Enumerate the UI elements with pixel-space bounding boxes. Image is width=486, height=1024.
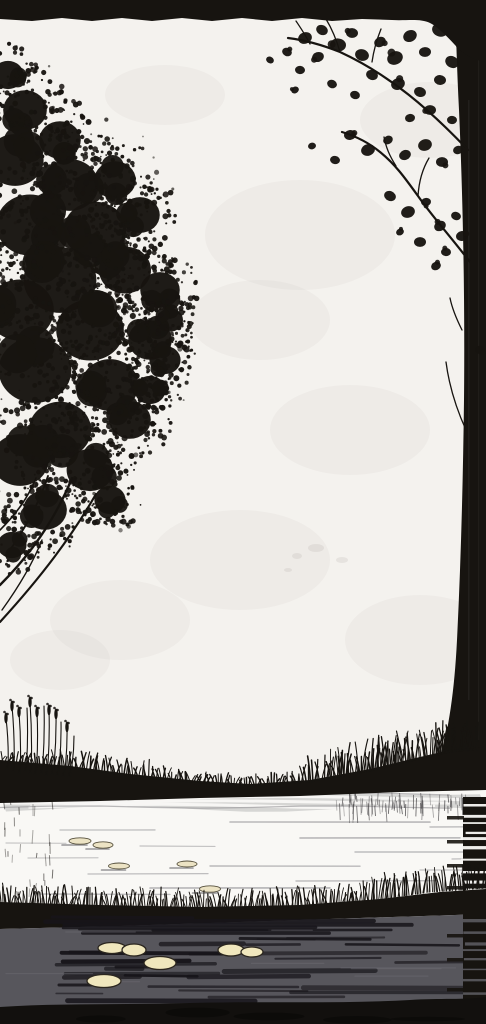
canopy-stray-speckle [52, 213, 54, 215]
right-tree-leaf-satellite [382, 40, 388, 46]
canopy-speckle [126, 227, 131, 232]
canopy-speckle [112, 481, 118, 487]
canopy-speckle [13, 85, 15, 87]
band-grass-blade [88, 887, 89, 905]
canopy-speckle [57, 452, 62, 457]
illustration-canvas [0, 0, 486, 1024]
canopy-speckle [3, 312, 5, 314]
canopy-speckle [20, 526, 24, 530]
canopy-stray-speckle [112, 137, 114, 139]
canopy-speckle [97, 359, 99, 361]
canopy-speckle [72, 390, 76, 394]
canopy-speckle [181, 281, 183, 283]
canopy-speckle [121, 190, 125, 194]
canopy-speckle [142, 291, 147, 296]
canopy-stray-speckle [71, 522, 73, 524]
canopy-speckle [106, 275, 110, 279]
canopy-stray-speckle [177, 346, 182, 351]
canopy-speckle [130, 176, 135, 181]
canopy-speckle [152, 433, 155, 436]
canopy-stray-speckle [99, 348, 102, 351]
canopy-speckle [96, 423, 99, 426]
canopy-stray-speckle [53, 92, 55, 94]
canopy-speckle [143, 438, 147, 442]
right-tree-leaf-satellite [481, 350, 486, 355]
canopy-speckle [107, 142, 111, 146]
canopy-speckle [82, 187, 85, 190]
canopy-stray-speckle [76, 177, 80, 181]
canopy-speckle [85, 233, 88, 236]
canopy-speckle [142, 184, 147, 189]
canopy-speckle [41, 70, 46, 75]
canopy-speckle [45, 310, 48, 313]
canopy-speckle [142, 413, 148, 419]
canopy-speckle [92, 407, 97, 412]
canopy-stray-speckle [120, 258, 123, 261]
canopy-speckle [149, 375, 155, 381]
canopy-speckle [28, 304, 33, 309]
trunk-reflection-slit [461, 815, 486, 818]
reed-reflection-stroke [29, 888, 30, 897]
canopy-speckle [93, 284, 97, 288]
canopy-speckle [30, 244, 36, 250]
canopy-speckle [74, 427, 78, 431]
canopy-speckle [30, 431, 33, 434]
canopy-speckle [151, 425, 153, 427]
canopy-speckle [153, 406, 157, 410]
canopy-speckle [148, 437, 151, 440]
dark-water-streak [240, 938, 370, 939]
canopy-speckle [65, 185, 69, 189]
canopy-speckle [143, 359, 145, 361]
canopy-speckle [140, 176, 142, 178]
texture-fleck [308, 544, 324, 552]
canopy-speckle [110, 284, 112, 286]
canopy-speckle [126, 241, 129, 244]
canopy-speckle [83, 265, 87, 269]
canopy-speckle [38, 321, 44, 327]
canopy-speckle [64, 181, 67, 184]
canopy-speckle [38, 478, 41, 481]
canopy-speckle [162, 235, 168, 241]
canopy-speckle [104, 340, 110, 346]
canopy-speckle [94, 356, 96, 358]
canopy-speckle [161, 442, 165, 446]
canopy-speckle [44, 123, 47, 126]
canopy-speckle [58, 134, 60, 136]
canopy-speckle [34, 406, 37, 409]
canopy-stray-speckle [113, 509, 118, 514]
canopy-speckle [56, 287, 61, 292]
canopy-speckle [3, 505, 7, 509]
canopy-speckle [66, 493, 70, 497]
canopy-speckle [163, 191, 169, 197]
right-tree-leaf-satellite [290, 87, 294, 91]
canopy-stray-speckle [133, 452, 138, 457]
bank-grass-blade [244, 778, 245, 786]
canopy-speckle [93, 162, 97, 166]
canopy-speckle [121, 448, 125, 452]
canopy-speckle [67, 179, 72, 184]
canopy-speckle [76, 147, 78, 149]
canopy-speckle [155, 316, 160, 321]
canopy-speckle [69, 545, 71, 547]
canopy-speckle [131, 231, 137, 237]
canopy-stray-speckle [116, 274, 121, 279]
canopy-speckle [142, 264, 147, 269]
canopy-speckle [125, 220, 127, 222]
canopy-speckle [116, 299, 121, 304]
canopy-stray-speckle [46, 446, 49, 449]
canopy-speckle [27, 534, 30, 537]
canopy-speckle [38, 333, 40, 335]
canopy-speckle [144, 192, 148, 196]
canopy-speckle [127, 487, 130, 490]
canopy-stray-speckle [61, 270, 63, 272]
canopy-stray-speckle [91, 173, 95, 177]
canopy-speckle [56, 375, 61, 380]
canopy-speckle [152, 250, 157, 255]
canopy-speckle [110, 428, 114, 432]
canopy-speckle [148, 249, 151, 252]
bank-grass-blade [47, 759, 48, 766]
canopy-speckle [80, 202, 82, 204]
canopy-speckle [36, 277, 39, 280]
canopy-speckle [70, 121, 72, 123]
canopy-speckle [129, 275, 134, 280]
canopy-speckle [76, 129, 81, 134]
canopy-stray-speckle [108, 250, 110, 252]
canopy-speckle [59, 176, 62, 179]
canopy-blob [98, 502, 115, 519]
canopy-speckle [93, 346, 99, 352]
canopy-speckle [71, 344, 75, 348]
canopy-speckle [187, 365, 191, 369]
canopy-speckle [27, 271, 30, 274]
canopy-speckle [32, 162, 36, 166]
canopy-stray-speckle [6, 213, 11, 218]
canopy-speckle [118, 316, 122, 320]
canopy-speckle [121, 323, 125, 327]
canopy-speckle [146, 326, 149, 329]
canopy-speckle [36, 470, 41, 475]
canopy-speckle [62, 186, 66, 190]
canopy-speckle [40, 541, 43, 544]
canopy-speckle [10, 509, 14, 513]
canopy-speckle [125, 357, 128, 360]
canopy-speckle [56, 321, 59, 324]
canopy-speckle [90, 165, 94, 169]
canopy-speckle [104, 401, 107, 404]
canopy-speckle [9, 106, 14, 111]
canopy-speckle [152, 268, 157, 273]
canopy-speckle [48, 478, 51, 481]
canopy-speckle [117, 286, 122, 291]
canopy-stray-speckle [137, 267, 140, 270]
canopy-speckle [134, 373, 140, 379]
canopy-speckle [132, 283, 134, 285]
canopy-speckle [71, 132, 73, 134]
canopy-speckle [11, 527, 17, 533]
canopy-speckle [37, 544, 41, 548]
canopy-speckle [96, 173, 101, 178]
canopy-speckle [108, 284, 113, 289]
canopy-speckle [8, 82, 12, 86]
canopy-speckle [132, 304, 136, 308]
canopy-speckle [118, 174, 123, 179]
canopy-speckle [74, 495, 77, 498]
canopy-speckle [130, 464, 132, 466]
canopy-speckle [50, 329, 52, 331]
canopy-speckle [32, 239, 38, 245]
cattail-fluff [64, 720, 67, 723]
canopy-speckle [7, 75, 9, 77]
canopy-speckle [75, 486, 77, 488]
canopy-speckle [0, 279, 6, 285]
canopy-speckle [77, 101, 82, 106]
canopy-speckle [53, 477, 58, 482]
canopy-speckle [103, 175, 105, 177]
dark-water-streak [79, 929, 267, 930]
canopy-speckle [60, 278, 66, 284]
canopy-stray-speckle [34, 297, 38, 301]
canopy-speckle [35, 126, 39, 130]
grass-reflection-stroke [336, 800, 337, 810]
right-tree-leaf-satellite [442, 162, 448, 168]
right-tree-leaf-satellite [463, 231, 469, 237]
canopy-speckle [106, 194, 111, 199]
canopy-speckle [27, 554, 33, 560]
canopy-speckle [4, 322, 8, 326]
canopy-speckle [172, 220, 176, 224]
canopy-speckle [12, 521, 14, 523]
bank-grass-blade [478, 722, 479, 749]
canopy-speckle [156, 320, 161, 325]
canopy-speckle [119, 322, 121, 324]
canopy-speckle [70, 283, 74, 287]
canopy-speckle [74, 150, 77, 153]
trunk-highlight [468, 100, 470, 700]
canopy-speckle [97, 135, 100, 138]
canopy-speckle [33, 181, 37, 185]
canopy-speckle [49, 315, 53, 319]
canopy-speckle [95, 187, 97, 189]
right-tree-leaf-satellite [287, 47, 292, 52]
canopy-speckle [157, 366, 163, 372]
canopy-speckle [155, 188, 158, 191]
canopy-speckle [56, 437, 61, 442]
canopy-speckle [85, 435, 91, 441]
canopy-blob [101, 155, 123, 177]
canopy-speckle [13, 45, 18, 50]
canopy-speckle [124, 506, 126, 508]
canopy-speckle [168, 378, 170, 380]
canopy-speckle [110, 292, 112, 294]
canopy-speckle [107, 279, 110, 282]
canopy-speckle [84, 152, 88, 156]
canopy-speckle [162, 300, 166, 304]
canopy-speckle [7, 498, 13, 504]
canopy-speckle [59, 531, 65, 537]
trunk-reflection-slit [466, 832, 486, 834]
foreground-dark-water [0, 912, 486, 1012]
canopy-speckle [26, 321, 30, 325]
canopy-speckle [119, 520, 123, 524]
canopy-speckle [175, 332, 178, 335]
canopy-speckle [190, 336, 193, 339]
canopy-speckle [100, 298, 102, 300]
canopy-speckle [108, 477, 111, 480]
water-top-streak [45, 921, 373, 922]
canopy-speckle [49, 108, 55, 114]
canopy-speckle [0, 325, 4, 329]
right-tree-leaf-satellite [311, 57, 317, 63]
canopy-speckle [51, 250, 56, 255]
canopy-stray-speckle [162, 256, 166, 260]
canopy-speckle [151, 200, 157, 206]
canopy-speckle [106, 259, 110, 263]
canopy-speckle [122, 144, 125, 147]
canopy-speckle [185, 381, 189, 385]
canopy-speckle [31, 263, 37, 269]
canopy-speckle [177, 394, 179, 396]
canopy-speckle [75, 341, 77, 343]
canopy-speckle [6, 560, 8, 562]
canopy-speckle [20, 501, 23, 504]
canopy-speckle [166, 209, 170, 213]
canopy-speckle [146, 296, 150, 300]
canopy-speckle [175, 294, 180, 299]
canopy-speckle [13, 51, 17, 55]
canopy-speckle [127, 159, 131, 163]
right-tree-leaf-satellite [351, 130, 357, 136]
canopy-speckle [116, 230, 122, 236]
canopy-speckle [148, 240, 150, 242]
canopy-speckle [154, 372, 158, 376]
canopy-speckle [117, 314, 119, 316]
canopy-speckle [172, 270, 177, 275]
canopy-speckle [1, 517, 5, 521]
canopy-speckle [43, 116, 47, 120]
right-tree-leaf-satellite [345, 28, 351, 34]
canopy-speckle [49, 150, 51, 152]
canopy-speckle [48, 102, 50, 104]
canopy-speckle [64, 128, 66, 130]
canopy-speckle [116, 328, 119, 331]
canopy-speckle [15, 412, 20, 417]
canopy-speckle [103, 184, 108, 189]
canopy-speckle [25, 567, 30, 572]
canopy-speckle [185, 340, 188, 343]
canopy-speckle [141, 404, 146, 409]
texture-fleck [292, 553, 302, 559]
canopy-speckle [43, 217, 49, 223]
canopy-stray-speckle [117, 411, 121, 415]
canopy-speckle [186, 355, 190, 359]
canopy-speckle [67, 145, 73, 151]
canopy-speckle [8, 93, 12, 97]
canopy-stray-speckle [127, 524, 131, 528]
canopy-speckle [143, 310, 148, 315]
canopy-stray-speckle [119, 395, 122, 398]
canopy-speckle [61, 313, 66, 318]
canopy-speckle [18, 390, 20, 392]
canopy-speckle [106, 450, 110, 454]
canopy-speckle [50, 390, 53, 393]
canopy-speckle [149, 309, 151, 311]
canopy-speckle [111, 348, 114, 351]
canopy-speckle [105, 191, 107, 193]
canopy-speckle [67, 379, 69, 381]
canopy-speckle [29, 62, 34, 67]
canopy-speckle [50, 538, 52, 540]
canopy-speckle [110, 203, 113, 206]
canopy-speckle [40, 154, 44, 158]
canopy-speckle [68, 402, 70, 404]
small-lilypad [200, 886, 221, 892]
canopy-speckle [90, 511, 96, 517]
canopy-speckle [106, 205, 109, 208]
canopy-speckle [133, 393, 135, 395]
canopy-speckle [73, 198, 77, 202]
canopy-speckle [100, 162, 103, 165]
texture-blob [150, 510, 330, 610]
canopy-speckle [58, 396, 63, 401]
canopy-speckle [83, 180, 89, 186]
canopy-speckle [1, 420, 6, 425]
canopy-speckle [136, 237, 141, 242]
canopy-stray-speckle [110, 306, 112, 308]
canopy-speckle [31, 534, 37, 540]
canopy-speckle [96, 157, 101, 162]
canopy-speckle [99, 223, 102, 226]
canopy-speckle [45, 250, 48, 253]
canopy-speckle [146, 300, 149, 303]
canopy-speckle [107, 388, 110, 391]
canopy-speckle [71, 493, 73, 495]
canopy-speckle [80, 191, 85, 196]
canopy-speckle [102, 239, 106, 243]
canopy-speckle [35, 306, 39, 310]
canopy-speckle [158, 312, 163, 317]
canopy-speckle [134, 285, 140, 291]
canopy-speckle [56, 127, 59, 130]
canopy-speckle [137, 350, 141, 354]
canopy-speckle [152, 410, 155, 413]
canopy-speckle [33, 62, 38, 67]
band-grass-blade [429, 877, 430, 892]
trunk-reflection-bar [447, 816, 464, 820]
canopy-speckle [24, 559, 26, 561]
bottom-strip-texture [76, 1015, 126, 1022]
canopy-speckle [104, 136, 110, 142]
canopy-speckle [137, 365, 139, 367]
bottom-strip-texture [391, 1017, 465, 1021]
canopy-speckle [80, 356, 84, 360]
canopy-speckle [80, 114, 84, 118]
canopy-speckle [18, 281, 24, 287]
right-tree-leaf-satellite [328, 40, 336, 48]
canopy-speckle [118, 470, 124, 476]
canopy-speckle [32, 258, 34, 260]
canopy-speckle [29, 110, 34, 115]
canopy-speckle [108, 332, 111, 335]
canopy-speckle [20, 162, 26, 168]
canopy-speckle [94, 189, 97, 192]
canopy-speckle [3, 90, 5, 92]
canopy-speckle [1, 229, 6, 234]
canopy-speckle [117, 215, 120, 218]
